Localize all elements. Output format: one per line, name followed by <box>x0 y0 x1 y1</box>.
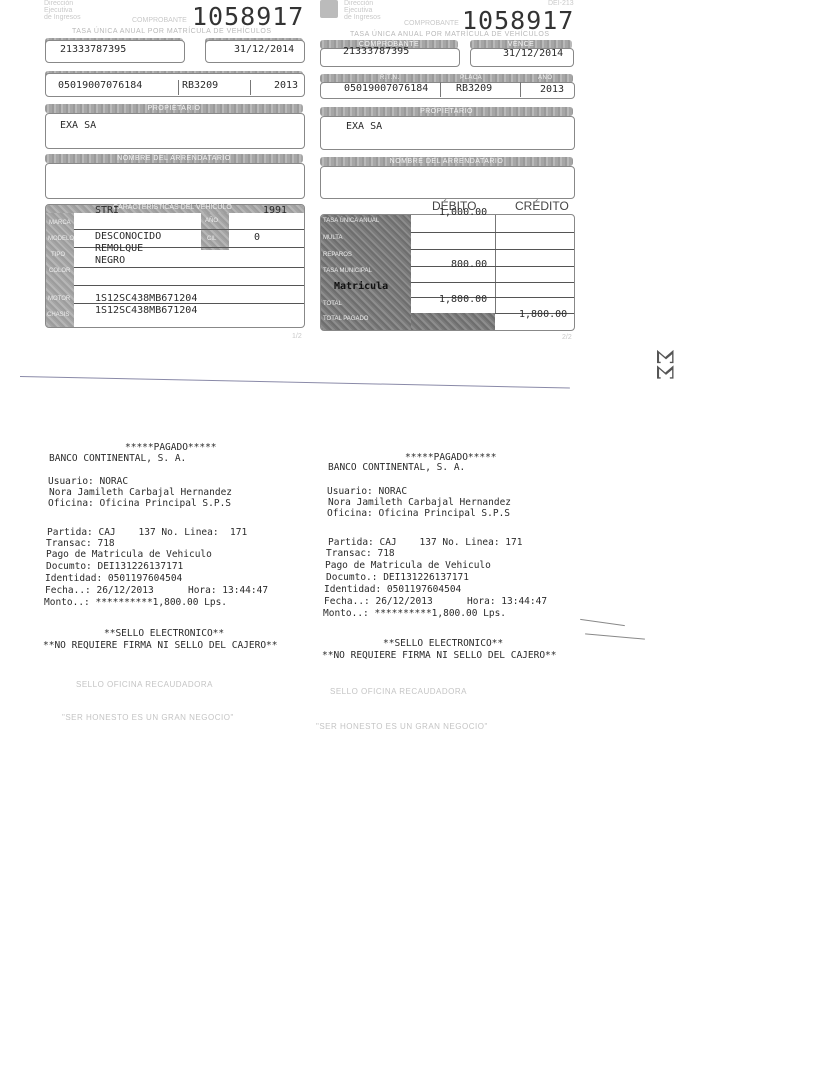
receipt-nota: **NO REQUIERE FIRMA NI SELLO DEL CAJERO*… <box>322 650 557 661</box>
motto: "SER HONESTO ES UN GRAN NEGOCIO" <box>316 722 488 731</box>
debito-tasa-unica: 1,000.00 <box>439 207 487 218</box>
rtn-value: 05019007076184 <box>58 80 142 91</box>
placa-value: RB3209 <box>456 83 492 94</box>
receipt-documento: Documto.: DEI131226137171 <box>326 572 469 583</box>
issuer-logo-right: Dirección Ejecutiva de Ingresos <box>344 0 381 21</box>
comprobante-value: 21333787395 <box>343 46 409 57</box>
receipt-nombre: Nora Jamileth Carbajal Hernandez <box>49 487 232 498</box>
row-label-modelo: MODELO <box>48 236 74 242</box>
receipt-partida: Partida: CAJ 137 No. Linea: 171 <box>328 537 522 548</box>
issuer-logo-left: Dirección Ejecutiva de Ingresos <box>44 0 81 21</box>
dei-logo-icon <box>320 0 338 18</box>
vence-value: 31/12/2014 <box>234 44 294 55</box>
receipt-nombre: Nora Jamileth Carbajal Hernandez <box>328 497 511 508</box>
stray-mark <box>580 619 625 626</box>
page-indicator: 2/2 <box>562 334 572 341</box>
vence-value: 31/12/2014 <box>503 48 563 59</box>
propietario-header: PROPIETARIO <box>320 107 573 116</box>
page-indicator: 1/2 <box>292 333 302 340</box>
arrendatario-field <box>45 163 305 199</box>
arrendatario-header: NOMBRE DEL ARRENDATARIO <box>320 157 573 166</box>
arrendatario-header: NOMBRE DEL ARRENDATARIO <box>45 154 303 163</box>
row-label-motor: MOTOR <box>48 296 70 302</box>
receipt-sello: **SELLO ELECTRONICO** <box>383 638 503 649</box>
marca-value: STRI <box>95 205 119 216</box>
modelo-value: DESCONOCIDO <box>95 231 161 242</box>
slip-subtitle: TASA ÚNICA ANUAL POR MATRÍCULA DE VEHÍCU… <box>72 28 272 35</box>
tipo-value: REMOLQUE <box>95 243 143 254</box>
debito-total: 1,800.00 <box>439 294 487 305</box>
propietario-value: EXA SA <box>60 120 96 131</box>
receipt-monto: Monto..: **********1,800.00 Lps. <box>323 608 506 619</box>
charge-label-tasa-municipal: TASA MUNICIPAL <box>323 268 372 274</box>
receipt-transac: Transac: 718 <box>46 538 115 549</box>
stamp-label: SELLO OFICINA RECAUDADORA <box>76 680 213 689</box>
receipt-documento: Documto: DEI131226137171 <box>46 561 183 572</box>
stamp-label: SELLO OFICINA RECAUDADORA <box>330 687 467 696</box>
credito-total-pagado: 1,800.00 <box>519 309 567 320</box>
issuer-line: Dirección <box>344 0 381 7</box>
arrendatario-field <box>320 166 575 199</box>
issuer-line: Ejecutiva <box>44 7 81 14</box>
receipt-partida: Partida: CAJ 137 No. Linea: 171 <box>47 527 247 538</box>
credito-header: CRÉDITO <box>515 199 569 213</box>
charge-label-matricula: Matricula <box>334 281 388 292</box>
anio-fiscal-value: 2013 <box>274 80 298 91</box>
stray-mark <box>585 633 645 639</box>
issuer-line: de Ingresos <box>344 14 381 21</box>
debito-tasa-municipal: 800.00 <box>451 259 487 270</box>
row-label-marca: MARCA <box>49 220 71 226</box>
motto: "SER HONESTO ES UN GRAN NEGOCIO" <box>62 713 234 722</box>
color-value: NEGRO <box>95 255 125 266</box>
receipt-sello: **SELLO ELECTRONICO** <box>104 628 224 639</box>
placa-value: RB3209 <box>182 80 218 91</box>
receipt-concepto: Pago de Matricula de Vehiculo <box>46 549 212 560</box>
receipt-number: 1058917 <box>192 2 304 31</box>
receipt-oficina: Oficina: Oficina Principal S.P.S <box>48 498 231 509</box>
propietario-header: PROPIETARIO <box>45 104 303 113</box>
motor-value: 1S12SC438MB671204 <box>95 293 197 304</box>
doc-type: COMPROBANTE <box>132 17 187 24</box>
charge-label-reparos: REPAROS <box>323 252 352 258</box>
anio-fiscal-value: 2013 <box>540 84 564 95</box>
receipt-fecha-hora: Fecha..: 26/12/2013 Hora: 13:44:47 <box>324 596 547 607</box>
receipt-nota: **NO REQUIERE FIRMA NI SELLO DEL CAJERO*… <box>43 640 278 651</box>
row-label-color: COLOR <box>49 268 70 274</box>
rtn-value: 05019007076184 <box>344 83 428 94</box>
row-label-tipo: TIPO <box>51 252 65 258</box>
receipt-usuario: Usuario: NORAC <box>327 486 407 497</box>
comprobante-value: 21333787395 <box>60 44 126 55</box>
slip-subtitle: TASA ÚNICA ANUAL POR MATRÍCULA DE VEHÍCU… <box>350 31 550 38</box>
charge-label-total-pagado: TOTAL PAGADO <box>323 316 368 322</box>
caracteristicas-header: CARACTERÍSTICAS DEL VEHÍCULO <box>113 204 232 211</box>
charge-label-tasa-unica: TASA ÚNICA ANUAL <box>323 218 379 224</box>
charge-label-total: TOTAL <box>323 301 342 307</box>
receipt-oficina: Oficina: Oficina Principal S.P.S <box>327 508 510 519</box>
receipt-monto: Monto..: **********1,800.00 Lps. <box>44 597 227 608</box>
receipt-status: *****PAGADO***** <box>125 442 217 453</box>
receipt-fecha-hora: Fecha..: 26/12/2013 Hora: 13:44:47 <box>45 585 268 596</box>
receipt-identidad: Identidad: 0501197604504 <box>45 573 182 584</box>
handwritten-mark: ΣΣ <box>651 349 676 380</box>
propietario-value: EXA SA <box>346 121 382 132</box>
issuer-line: Dirección <box>44 0 81 7</box>
doc-type: COMPROBANTE <box>404 20 459 27</box>
chasis-value: 1S12SC438MB671204 <box>95 305 197 316</box>
receipt-bank: BANCO CONTINENTAL, S. A. <box>328 462 465 473</box>
issuer-line: de Ingresos <box>44 14 81 21</box>
receipt-transac: Transac: 718 <box>326 548 395 559</box>
cil-value: 0 <box>254 232 260 243</box>
cil-label: CIL <box>207 236 216 242</box>
charge-label-multa: MULTA <box>323 235 342 241</box>
anio-label: AÑO <box>205 218 218 224</box>
anio-value: 1991 <box>263 205 287 216</box>
issuer-line: Ejecutiva <box>344 7 381 14</box>
receipt-identidad: Identidad: 0501197604504 <box>324 584 461 595</box>
receipt-bank: BANCO CONTINENTAL, S. A. <box>49 453 186 464</box>
row-label-chasis: CHASIS <box>47 312 69 318</box>
receipt-usuario: Usuario: NORAC <box>48 476 128 487</box>
receipt-concepto: Pago de Matricula de Vehiculo <box>325 560 491 571</box>
cut-line <box>20 376 570 389</box>
propietario-field <box>45 113 305 149</box>
